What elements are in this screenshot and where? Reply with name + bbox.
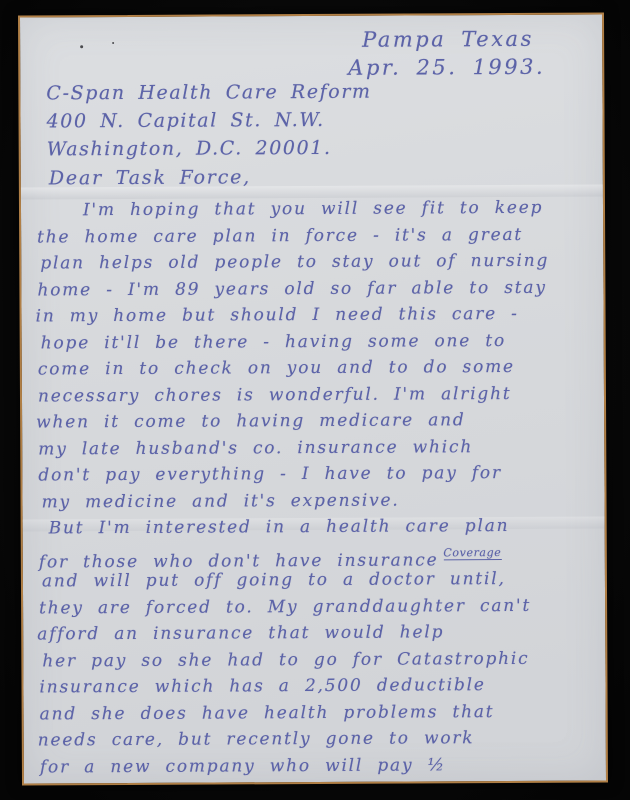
letter-line: plan helps old people to stay out of nur… (40, 247, 606, 276)
address-line: C-Span Health Care Reform (46, 78, 371, 108)
scan-frame: Pampa Texas Apr. 25. 1993. C-Span Health… (0, 0, 630, 800)
letter-line: my medicine and it's expensive. (41, 486, 607, 515)
letter-date: Apr. 25. 1993. (348, 55, 545, 80)
address-line: 400 N. Capital St. N.W. (46, 106, 371, 136)
letter-line: come in to check on you and to do some (38, 353, 604, 382)
letter-line: and she does have health problems that (40, 698, 606, 727)
paper-speck (112, 42, 114, 44)
letter-line: for a new company who will pay ½ (40, 751, 606, 780)
letter-line: and will put off going to a doctor until… (42, 565, 608, 594)
letter-line: needs care, but recently gone to work (38, 724, 604, 753)
paper-speck (80, 45, 83, 48)
letter-line: necessary chores is wonderful. I'm alrig… (38, 380, 604, 409)
letter-line: they are forced to. My granddaughter can… (39, 592, 605, 621)
letter-line: hope it'll be there - having some one to (41, 327, 607, 356)
letter-line: But I'm interested in a health care plan (37, 512, 603, 541)
letter-line: in my home but should I need this care - (35, 300, 601, 329)
letter-line: her pay so she had to go for Catastrophi… (42, 645, 608, 674)
letter-line: when it come to having medicare and (36, 406, 602, 435)
salutation: Dear Task Force, (49, 166, 251, 189)
letter-line: the home care plan in force - it's a gre… (37, 221, 603, 250)
letter-line: don't pay everything - I have to pay for (38, 459, 604, 488)
letter-line: afford an insurance that would help (37, 618, 603, 647)
letter-line: I'm hoping that you will see fit to keep (35, 194, 601, 223)
letter-line: home - I'm 89 years old so far able to s… (37, 274, 603, 303)
recipient-address: C-Span Health Care Reform 400 N. Capital… (46, 78, 372, 164)
letter-line: for those who don't have insuranceCovera… (39, 539, 605, 568)
inserted-word-coverage: Coverage (443, 546, 501, 560)
address-line: Washington, D.C. 20001. (47, 134, 372, 164)
letter-place: Pampa Texas (362, 27, 534, 52)
letter-page: Pampa Texas Apr. 25. 1993. C-Span Health… (18, 12, 608, 785)
letter-line: insurance which has a 2,500 deductible (39, 671, 605, 700)
letter-body: I'm hoping that you will see fit to keep… (37, 194, 606, 780)
letter-line: my late husband's co. insurance which (38, 433, 604, 462)
